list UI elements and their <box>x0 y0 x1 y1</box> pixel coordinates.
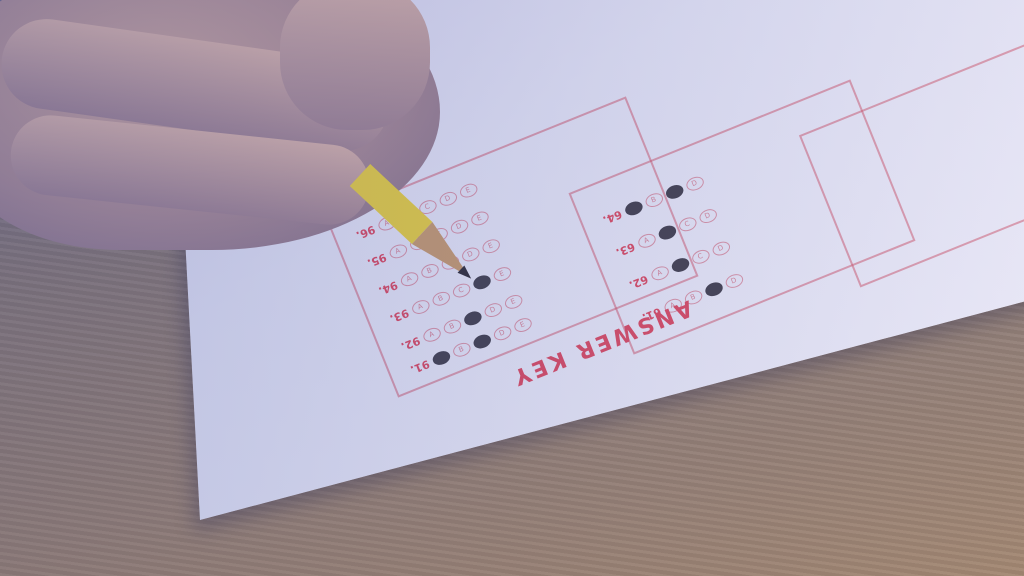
bubble: A <box>421 326 443 345</box>
bubble: B <box>451 341 473 360</box>
bubble-filled <box>430 349 452 368</box>
question-number: 92. <box>399 334 422 353</box>
bubble: B <box>643 191 665 210</box>
bubble: D <box>448 217 470 236</box>
bubble: E <box>469 209 491 228</box>
bubble-filled <box>623 199 645 218</box>
bubble-filled <box>663 183 685 202</box>
bubble: E <box>491 265 513 284</box>
question-number: 95. <box>365 250 388 269</box>
bubble: D <box>710 239 732 258</box>
bubble: B <box>430 290 452 309</box>
bubble: D <box>437 190 459 209</box>
question-number: 91. <box>408 357 431 376</box>
bubble: D <box>697 207 719 226</box>
bubble: A <box>398 270 420 289</box>
thumb <box>280 0 430 130</box>
bubble: D <box>482 301 504 320</box>
bubble: D <box>723 272 745 291</box>
question-number: 64. <box>601 207 624 226</box>
bubble: A <box>387 242 409 261</box>
bubble-filled <box>669 256 691 275</box>
bubble: A <box>410 298 432 317</box>
bubble: E <box>512 316 534 335</box>
bubble: E <box>480 237 502 256</box>
bubble: A <box>636 232 658 251</box>
question-number: 63. <box>614 240 637 259</box>
question-number: 62. <box>627 272 650 291</box>
bubble: C <box>677 215 699 234</box>
bubble: A <box>649 264 671 283</box>
question-number: 96. <box>354 223 377 242</box>
bubble: C <box>690 248 712 267</box>
bubble: D <box>684 174 706 193</box>
bubble-filled <box>462 309 484 328</box>
question-number: 93. <box>388 306 411 325</box>
bubble-filled <box>471 332 493 351</box>
bubble: B <box>441 317 463 336</box>
bubble: E <box>502 293 524 312</box>
bubble-filled <box>703 280 725 299</box>
bubble-filled <box>656 223 678 242</box>
question-number: 94. <box>377 278 400 297</box>
bubble: E <box>457 181 479 200</box>
bubble: D <box>491 324 513 343</box>
